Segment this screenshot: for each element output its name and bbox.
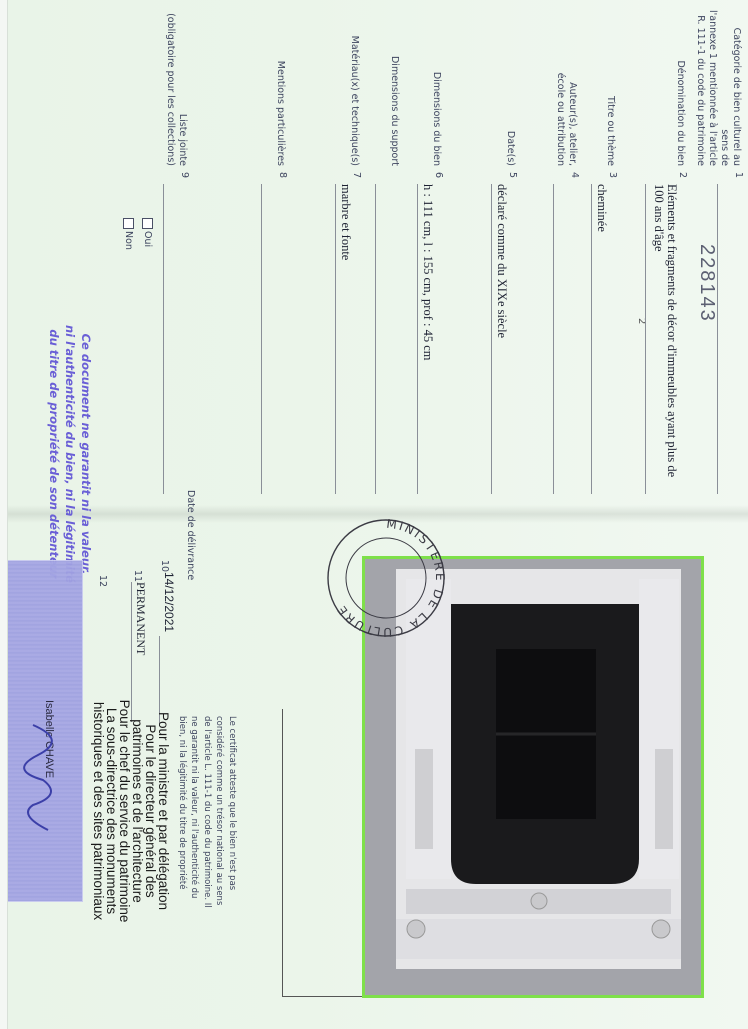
list-attached-options: Oui Non <box>120 212 158 250</box>
field-number: 1 <box>733 172 744 178</box>
serial-number: 228143 <box>695 244 718 323</box>
field-11-number: 11 <box>132 570 143 582</box>
authority-line: La sous-directrice des monuments <box>105 676 118 946</box>
field-line <box>553 184 554 494</box>
field-label: Date(s) <box>504 6 516 166</box>
field-label: Titre ou thème <box>604 6 616 166</box>
field-label: Dimensions du bien <box>430 6 442 166</box>
field-line <box>261 184 262 494</box>
authority-line: historiques et des sites patrimoniaux <box>92 676 105 946</box>
page-edge <box>0 0 8 1029</box>
certificate-statement: Le certificat atteste que le bien n'est … <box>176 716 239 916</box>
expiry-value: PERMANENT <box>133 582 148 655</box>
field-number: 9 <box>179 172 190 178</box>
certificate-page: 228143 2 Catégorie de bien culturel au s… <box>0 0 748 1029</box>
field-number: 6 <box>433 172 444 178</box>
field-label: Auteur(s), atelier, école ou attribution <box>554 6 578 166</box>
non-checkbox[interactable] <box>123 218 134 229</box>
field-label: Matériau(x) et technique(s) <box>348 6 360 166</box>
authority-line: patrimoines et de l'architecture <box>131 676 144 946</box>
field-line <box>163 184 164 494</box>
authority-line: Pour la ministre et par délégation <box>157 676 170 946</box>
field-line <box>491 184 492 494</box>
field-12-number: 12 <box>97 575 108 587</box>
field-10-label: Date de délivrance <box>185 490 197 550</box>
field-line <box>417 184 418 494</box>
field-line <box>335 184 336 494</box>
field-number: 3 <box>607 172 618 178</box>
field-label: Dimensions du support <box>388 6 400 166</box>
field-label: Mentions particulières <box>274 6 286 166</box>
field-line <box>591 184 592 494</box>
svg-text:MINISTERE DE LA CULTURE: MINISTERE DE LA CULTURE <box>334 517 447 639</box>
handwritten-signature <box>13 720 73 840</box>
field-line <box>375 184 376 494</box>
non-label: Non <box>123 231 134 250</box>
issue-date: 14/12/2021 <box>162 572 176 632</box>
ministry-stamp: MINISTERE DE LA CULTURE <box>324 516 448 640</box>
field-number: 2 <box>677 172 688 178</box>
authority-block: Pour la ministre et par délégation Pour … <box>92 676 170 946</box>
oui-label: Oui <box>142 231 153 247</box>
field-number: 8 <box>277 172 288 178</box>
field-label: Liste jointe (obligatoire pour les colle… <box>164 6 188 166</box>
field-10-number: 10 <box>159 560 170 572</box>
field-line <box>645 184 646 494</box>
field-number: 5 <box>507 172 518 178</box>
field-line <box>717 184 718 494</box>
field-number: 7 <box>351 172 362 178</box>
field-label: Dénomination du bien <box>674 6 686 166</box>
stamp-text: MINISTERE DE LA CULTURE <box>334 517 447 639</box>
field-label: Catégorie de bien culturel au sens de l'… <box>694 6 742 166</box>
oui-checkbox[interactable] <box>142 218 153 229</box>
field-number: 4 <box>569 172 580 178</box>
authority-line: Pour le chef du service du patrimoine <box>118 676 131 946</box>
